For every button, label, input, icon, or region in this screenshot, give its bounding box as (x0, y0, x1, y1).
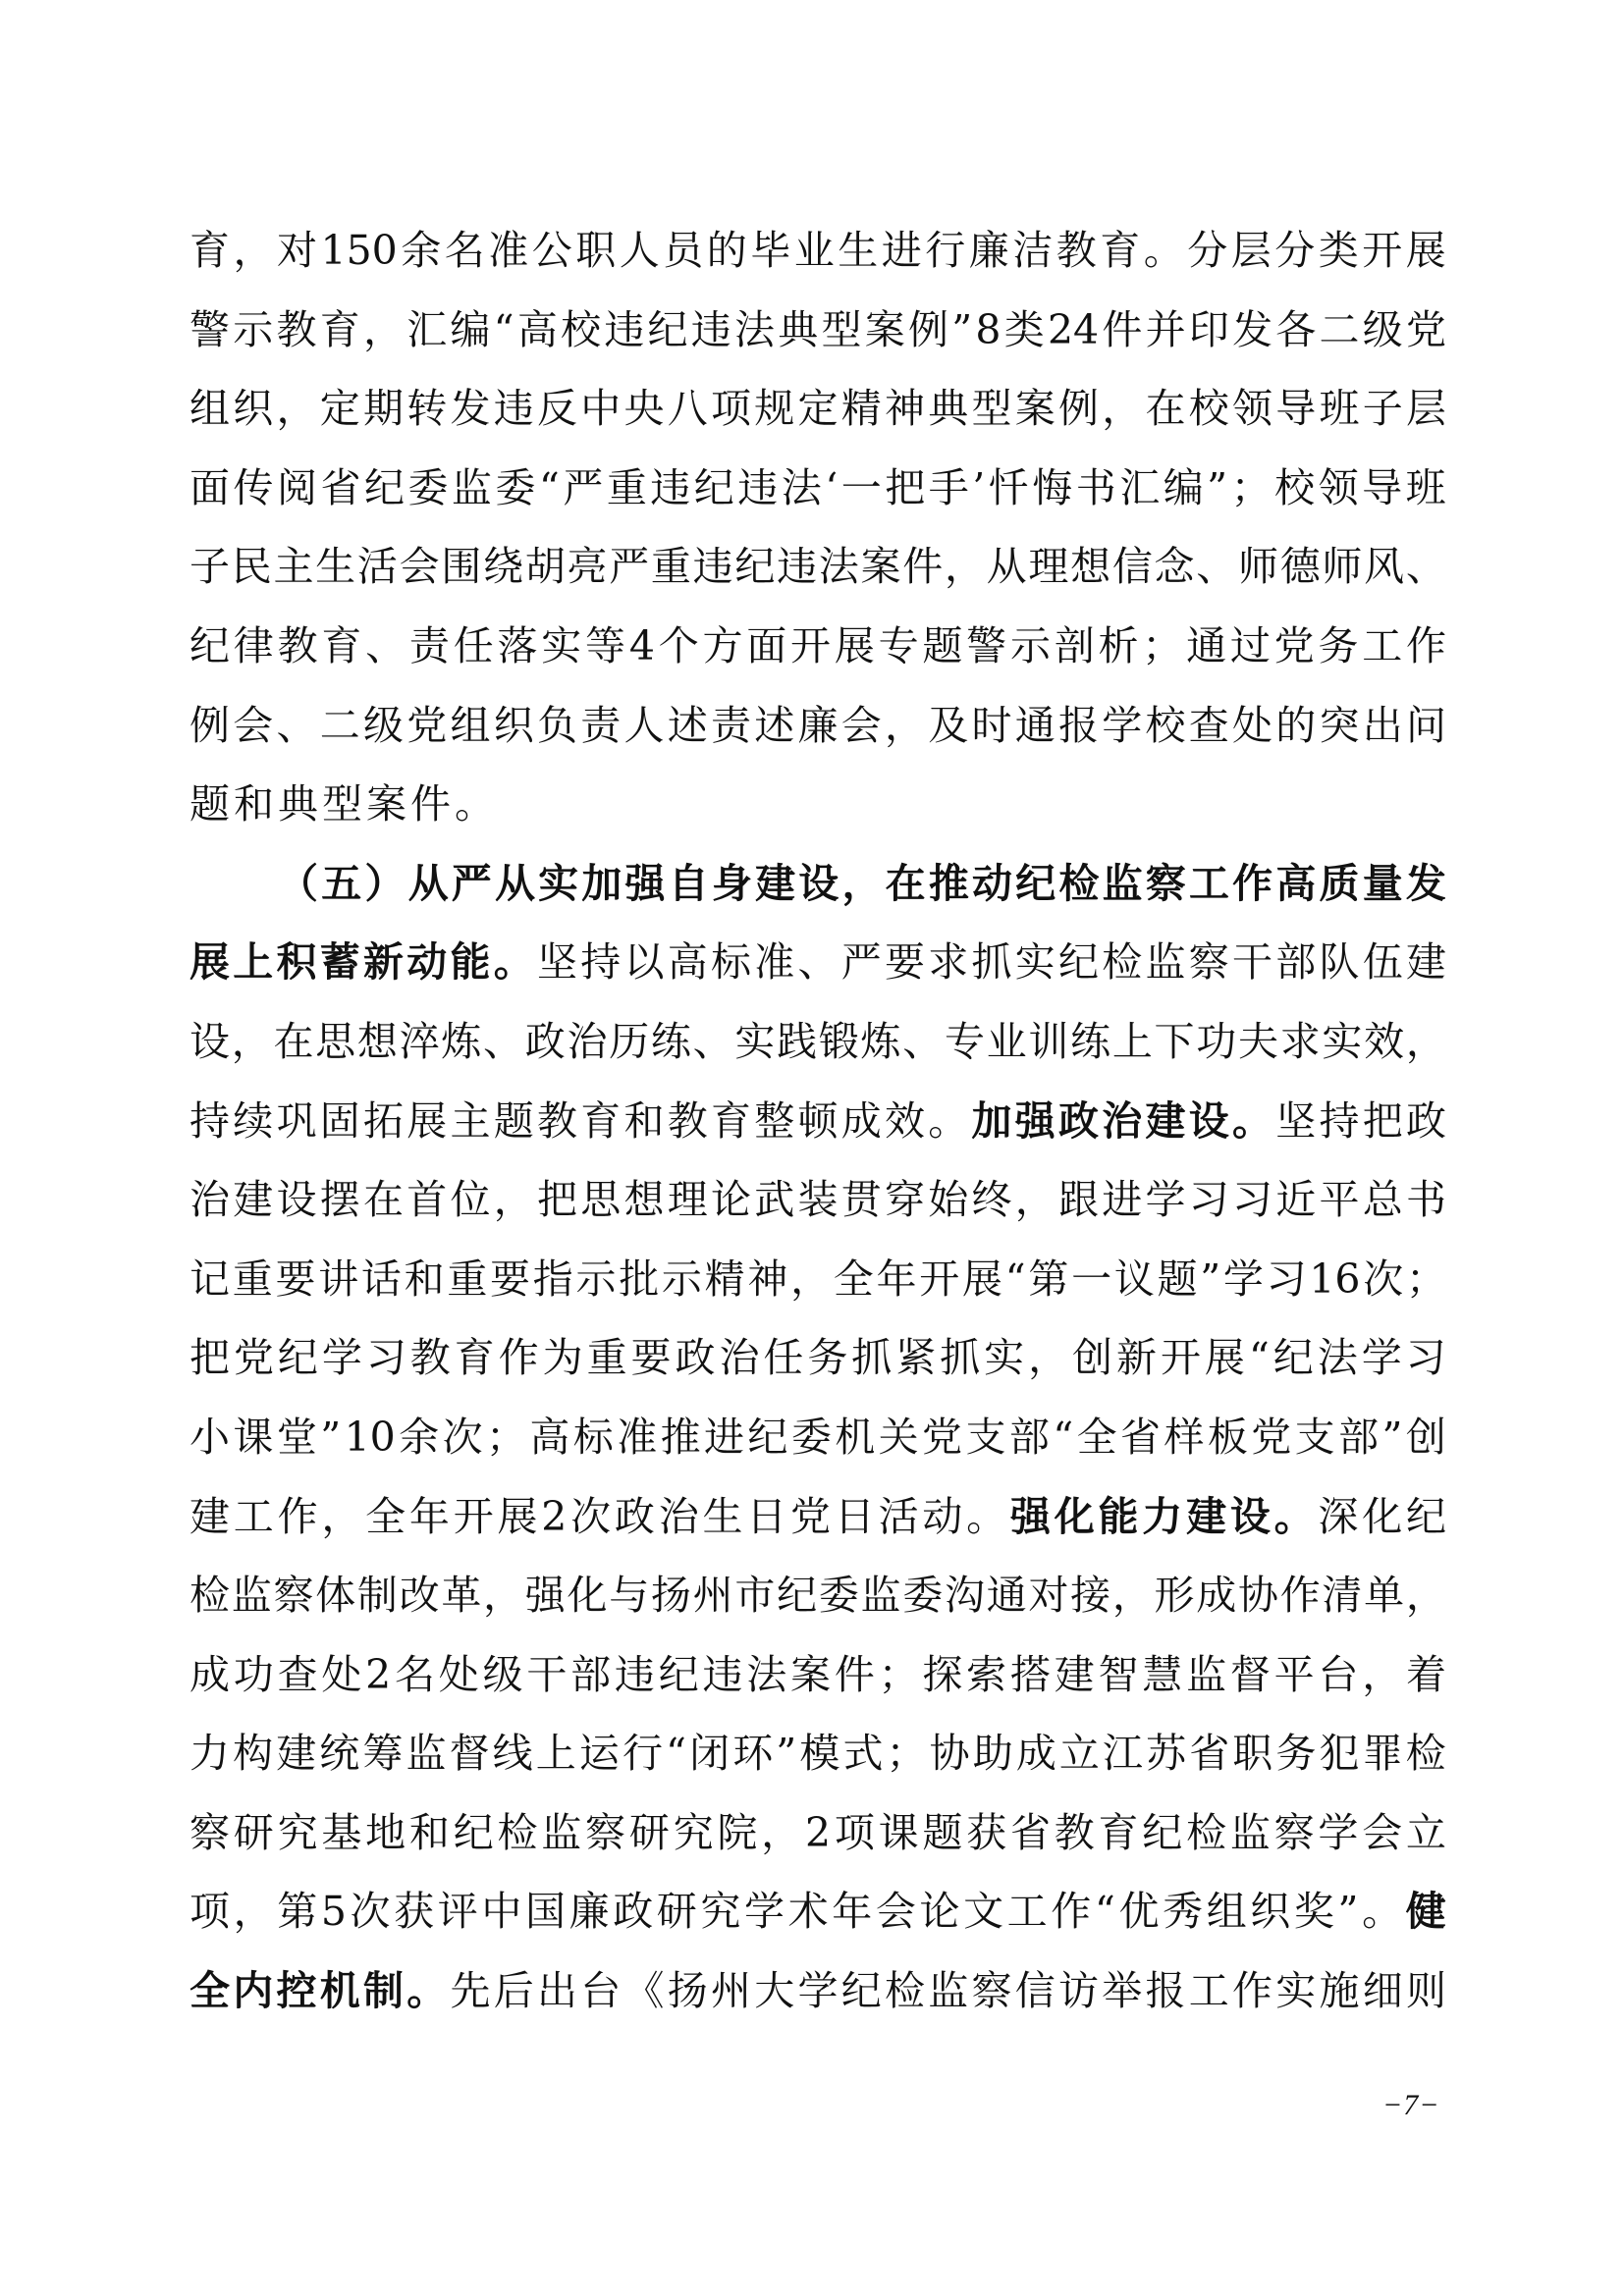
text-line: （五）从严从实加强自身建设，在推动纪检监察工作高质量发 (189, 859, 1446, 938)
line-content: 检监察体制改革，强化与扬州市纪委监委沟通对接，形成协作清单， (189, 1571, 1446, 1620)
text-line: 警示教育，汇编“高校违纪违法典型案例”8类24件并印发各二级党 (189, 305, 1446, 385)
line-content: 组织，定期转发违反中央八项规定精神典型案例，在校领导班子层 (189, 384, 1446, 433)
text-line: 力构建统筹监督线上运行“闭环”模式；协助成立江苏省职务犯罪检 (189, 1729, 1446, 1808)
text-line: 治建设摆在首位，把思想理论武装贯穿始终，跟进学习习近平总书 (189, 1175, 1446, 1255)
text-line: 纪律教育、责任落实等4个方面开展专题警示剖析；通过党务工作 (189, 621, 1446, 701)
line-content: 成功查处2名处级干部违纪违法案件；探索搭建智慧监督平台，着 (189, 1650, 1446, 1699)
text-line: 记重要讲话和重要指示批示精神，全年开展“第一议题”学习16次； (189, 1255, 1446, 1334)
line-content: 育，对150余名准公职人员的毕业生进行廉洁教育。分层分类开展 (189, 226, 1446, 275)
line-content: 记重要讲话和重要指示批示精神，全年开展“第一议题”学习16次； (189, 1255, 1446, 1304)
line-content: 建工作，全年开展2次政治生日党日活动。强化能力建设。深化纪 (189, 1492, 1446, 1541)
text-line: 育，对150余名准公职人员的毕业生进行廉洁教育。分层分类开展 (189, 226, 1446, 305)
text-line: 把党纪学习教育作为重要政治任务抓紧抓实，创新开展“纪法学习 (189, 1333, 1446, 1413)
line-content: 设，在思想淬炼、政治历练、实践锻炼、专业训练上下功夫求实效， (189, 1017, 1446, 1066)
text-line: 项，第5次获评中国廉政研究学术年会论文工作“优秀组织奖”。健 (189, 1887, 1446, 1966)
line-content: 警示教育，汇编“高校违纪违法典型案例”8类24件并印发各二级党 (189, 305, 1446, 354)
text-line: 题和典型案件。 (189, 779, 1446, 859)
line-content: 展上积蓄新动能。坚持以高标准、严要求抓实纪检监察干部队伍建 (189, 937, 1446, 987)
body-text: 育，对150余名准公职人员的毕业生进行廉洁教育。分层分类开展警示教育，汇编“高校… (189, 226, 1446, 2046)
text-line: 面传阅省纪委监委“严重违纪违法‘一把手’忏悔书汇编”；校领导班 (189, 463, 1446, 543)
text-line: 小课堂”10余次；高标准推进纪委机关党支部“全省样板党支部”创 (189, 1413, 1446, 1492)
text-line: 检监察体制改革，强化与扬州市纪委监委沟通对接，形成协作清单， (189, 1571, 1446, 1650)
text-line: 子民主生活会围绕胡亮严重违纪违法案件，从理想信念、师德师风、 (189, 542, 1446, 621)
line-content: 把党纪学习教育作为重要政治任务抓紧抓实，创新开展“纪法学习 (189, 1333, 1446, 1382)
line-content: 小课堂”10余次；高标准推进纪委机关党支部“全省样板党支部”创 (189, 1413, 1446, 1462)
text-line: 组织，定期转发违反中央八项规定精神典型案例，在校领导班子层 (189, 384, 1446, 463)
text-line: 设，在思想淬炼、政治历练、实践锻炼、专业训练上下功夫求实效， (189, 1017, 1446, 1096)
text-line: 例会、二级党组织负责人述责述廉会，及时通报学校查处的突出问 (189, 701, 1446, 780)
text-line: 建工作，全年开展2次政治生日党日活动。强化能力建设。深化纪 (189, 1492, 1446, 1572)
line-content: 察研究基地和纪检监察研究院，2项课题获省教育纪检监察学会立 (189, 1808, 1446, 1857)
line-content: 全内控机制。先后出台《扬州大学纪检监察信访举报工作实施细则 (189, 1966, 1446, 2015)
text-line: 成功查处2名处级干部违纪违法案件；探索搭建智慧监督平台，着 (189, 1650, 1446, 1730)
text-line: 持续巩固拓展主题教育和教育整顿成效。加强政治建设。坚持把政 (189, 1096, 1446, 1176)
text-line: 全内控机制。先后出台《扬州大学纪检监察信访举报工作实施细则 (189, 1966, 1446, 2046)
text-line: 展上积蓄新动能。坚持以高标准、严要求抓实纪检监察干部队伍建 (189, 937, 1446, 1017)
line-content: 纪律教育、责任落实等4个方面开展专题警示剖析；通过党务工作 (189, 621, 1446, 670)
line-content: 面传阅省纪委监委“严重违纪违法‘一把手’忏悔书汇编”；校领导班 (189, 463, 1446, 512)
line-content: 项，第5次获评中国廉政研究学术年会论文工作“优秀组织奖”。健 (189, 1887, 1446, 1936)
page-number: −7− (1382, 2089, 1440, 2122)
text-line: 察研究基地和纪检监察研究院，2项课题获省教育纪检监察学会立 (189, 1808, 1446, 1888)
line-content: 题和典型案件。 (189, 779, 499, 828)
line-content: 例会、二级党组织负责人述责述廉会，及时通报学校查处的突出问 (189, 701, 1446, 750)
document-page: 育，对150余名准公职人员的毕业生进行廉洁教育。分层分类开展警示教育，汇编“高校… (0, 0, 1624, 2296)
line-content: 持续巩固拓展主题教育和教育整顿成效。加强政治建设。坚持把政 (189, 1096, 1446, 1146)
line-content: （五）从严从实加强自身建设，在推动纪检监察工作高质量发 (278, 859, 1446, 908)
line-content: 治建设摆在首位，把思想理论武装贯穿始终，跟进学习习近平总书 (189, 1175, 1446, 1224)
line-content: 子民主生活会围绕胡亮严重违纪违法案件，从理想信念、师德师风、 (189, 542, 1446, 591)
line-content: 力构建统筹监督线上运行“闭环”模式；协助成立江苏省职务犯罪检 (189, 1729, 1446, 1778)
